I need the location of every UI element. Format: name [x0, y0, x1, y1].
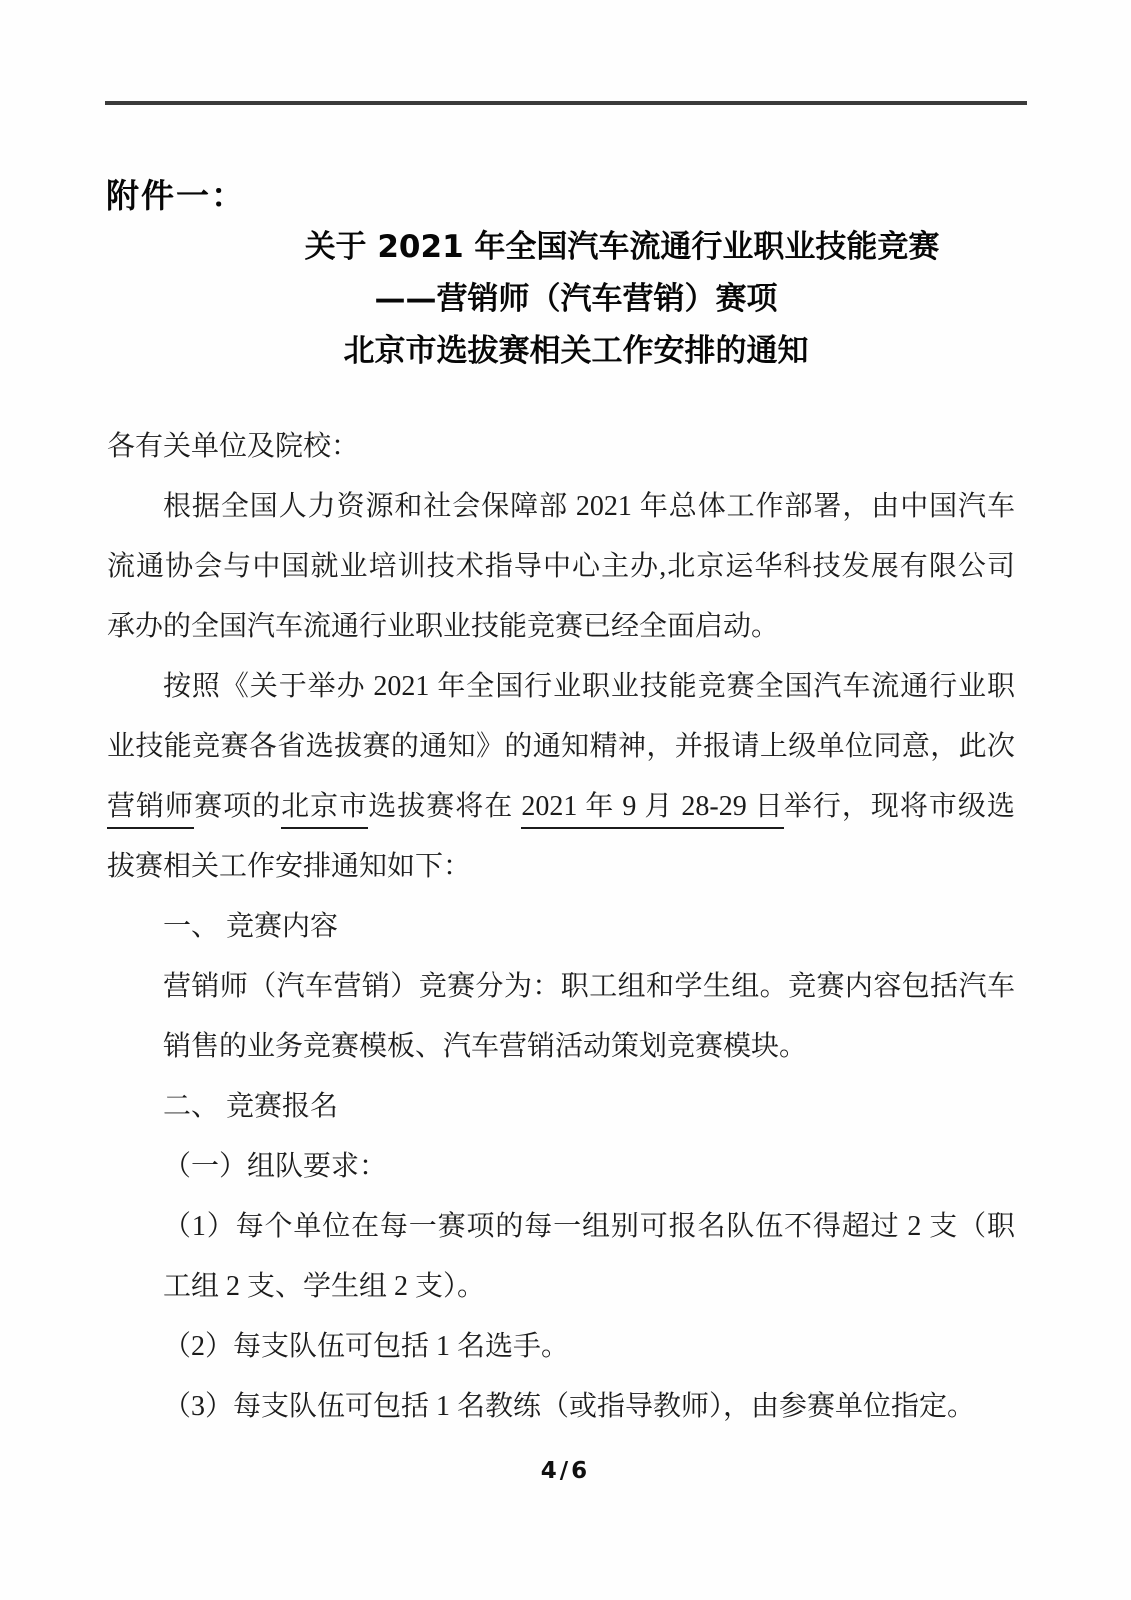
- underlined-date-range: 2021 年 9 月 28-29 日: [521, 791, 783, 829]
- underlined-competition-name: 营销师: [107, 791, 194, 829]
- underlined-city: 北京市: [281, 791, 368, 829]
- list-item-1-cont: 工组 2 支、学生组 2 支）。: [163, 1257, 1015, 1317]
- body-line-2: 根据全国人力资源和社会保障部 2021 年总体工作部署，由中国汽车: [163, 477, 1015, 537]
- body-line-7-underlined-dates: 营销师赛项的北京市选拔赛将在 2021 年 9 月 28-29 日举行，现将市级…: [107, 777, 1015, 837]
- body-line-4: 承办的全国汽车流通行业职业技能竞赛已经全面启动。: [107, 597, 1015, 657]
- document-title: 关于 2021 年全国汽车流通行业职业技能竞赛 ——营销师（汽车营销）赛项 北京…: [105, 221, 1027, 377]
- body-line-5: 按照《关于举办 2021 年全国行业职业技能竞赛全国汽车流通行业职: [163, 657, 1015, 717]
- page-number: 4/6: [0, 1458, 1131, 1484]
- document-page: 附件一： 关于 2021 年全国汽车流通行业职业技能竞赛 ——营销师（汽车营销）…: [0, 0, 1131, 1600]
- top-divider-rule: [105, 101, 1027, 105]
- attachment-label: 附件一：: [106, 170, 246, 217]
- list-item-3: （3）每支队伍可包括 1 名教练（或指导教师），由参赛单位指定。: [163, 1377, 1015, 1437]
- title-line-2: ——营销师（汽车营销）赛项: [105, 273, 1027, 325]
- body-line-salutation: 各有关单位及院校：: [107, 417, 1015, 477]
- title-line-1: 关于 2021 年全国汽车流通行业职业技能竞赛: [105, 221, 1027, 273]
- body-line-11: 销售的业务竞赛模板、汽车营销活动策划竞赛模块。: [163, 1017, 1015, 1077]
- section-heading-1: 一、 竞赛内容: [163, 897, 1015, 957]
- body-line-3: 流通协会与中国就业培训技术指导中心主办,北京运华科技发展有限公司: [107, 537, 1015, 597]
- text-segment: 赛项的: [194, 791, 281, 822]
- text-segment: 举行，现将市级选: [784, 791, 1015, 822]
- body-line-6: 业技能竞赛各省选拔赛的通知》的通知精神，并报请上级单位同意，此次: [107, 717, 1015, 777]
- list-item-2: （2）每支队伍可包括 1 名选手。: [163, 1317, 1015, 1377]
- body-line-10: 营销师（汽车营销）竞赛分为：职工组和学生组。竞赛内容包括汽车: [163, 957, 1015, 1017]
- text-segment: 选拔赛将在: [368, 791, 521, 822]
- section-heading-2: 二、 竞赛报名: [163, 1077, 1015, 1137]
- subsection-heading: （一）组队要求：: [163, 1137, 1015, 1197]
- body-line-8: 拔赛相关工作安排通知如下：: [107, 837, 1015, 897]
- list-item-1: （1）每个单位在每一赛项的每一组别可报名队伍不得超过 2 支（职: [163, 1197, 1015, 1257]
- document-body: 各有关单位及院校： 根据全国人力资源和社会保障部 2021 年总体工作部署，由中…: [107, 417, 1015, 1437]
- title-line-3: 北京市选拔赛相关工作安排的通知: [105, 325, 1027, 377]
